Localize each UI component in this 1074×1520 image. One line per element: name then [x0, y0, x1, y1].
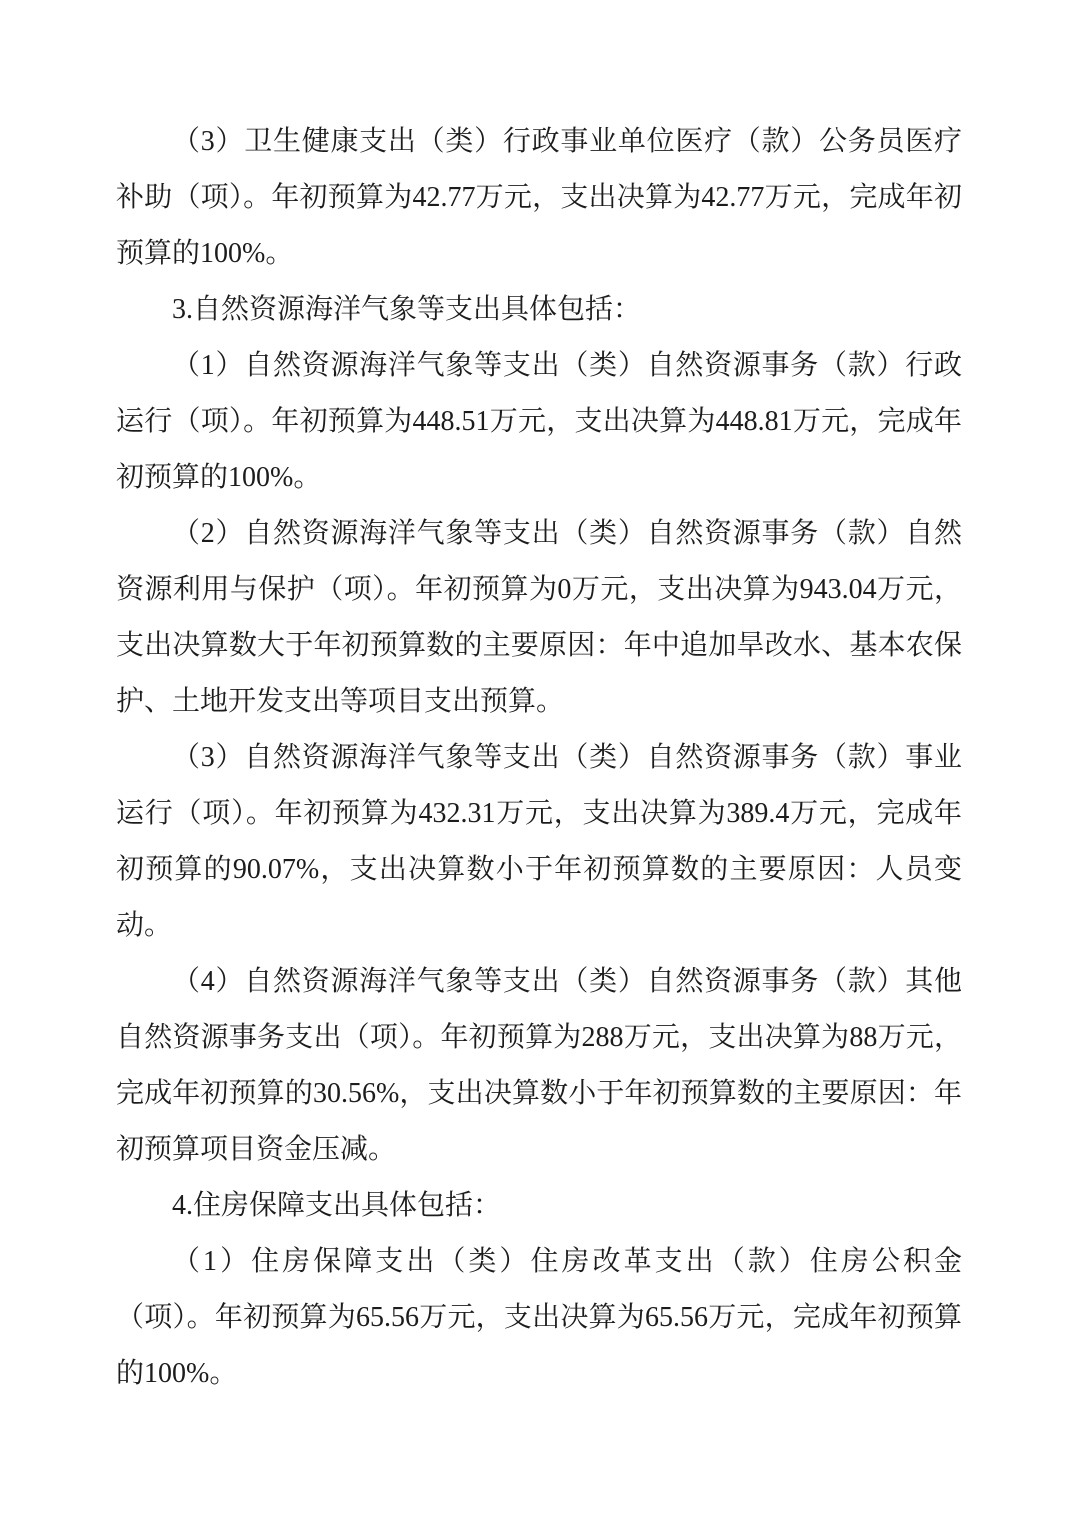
paragraph-health-expenditure-item3: （3）卫生健康支出（类）行政事业单位医疗（款）公务员医疗补助（项）。年初预算为4…	[116, 114, 962, 282]
document-page: （3）卫生健康支出（类）行政事业单位医疗（款）公务员医疗补助（项）。年初预算为4…	[116, 114, 962, 1402]
paragraph-natural-resources-item4: （4）自然资源海洋气象等支出（类）自然资源事务（款）其他自然资源事务支出（项）。…	[116, 954, 962, 1178]
paragraph-natural-resources-item1: （1）自然资源海洋气象等支出（类）自然资源事务（款）行政运行（项）。年初预算为4…	[116, 338, 962, 506]
paragraph-natural-resources-item2: （2）自然资源海洋气象等支出（类）自然资源事务（款）自然资源利用与保护（项）。年…	[116, 506, 962, 730]
heading-housing-section: 4.住房保障支出具体包括：	[116, 1178, 962, 1234]
paragraph-housing-item1: （1）住房保障支出（类）住房改革支出（款）住房公积金（项）。年初预算为65.56…	[116, 1234, 962, 1402]
heading-natural-resources-section: 3.自然资源海洋气象等支出具体包括：	[116, 282, 962, 338]
paragraph-natural-resources-item3: （3）自然资源海洋气象等支出（类）自然资源事务（款）事业运行（项）。年初预算为4…	[116, 730, 962, 954]
